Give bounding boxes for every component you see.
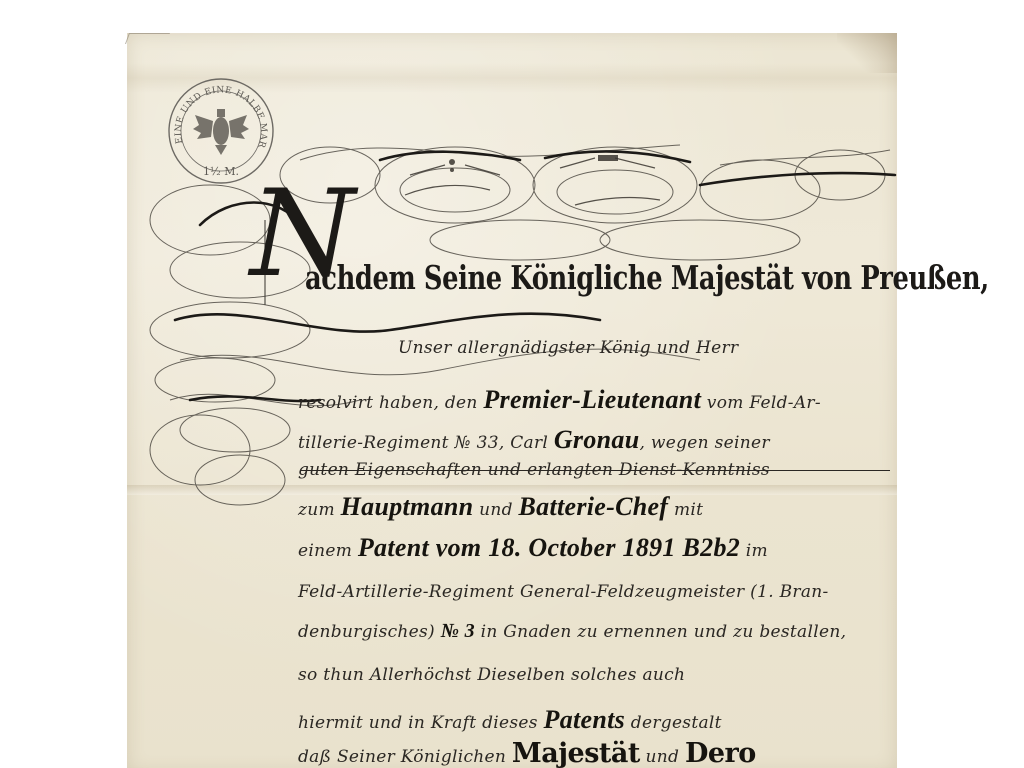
rank-batterie-chef: Batterie-Chef xyxy=(519,492,669,521)
text-fragment: hiermit und in Kraft dieses xyxy=(298,713,544,733)
rank-hauptmann: Hauptmann xyxy=(341,492,474,521)
text-fragment: und xyxy=(473,500,518,520)
body-line-3: tillerie-Regiment № 33, Carl Gronau, weg… xyxy=(298,425,770,455)
paper-corner-shadow xyxy=(837,33,897,73)
text-fragment: einem xyxy=(298,541,358,561)
body-line-1: Unser allergnädigster König und Herr xyxy=(398,338,738,358)
body-line-10: hiermit und in Kraft dieses Patents derg… xyxy=(298,705,722,735)
text-fragment: vom Feld-Ar- xyxy=(701,393,821,413)
body-line-11: daß Seiner Königlichen Majestät und Dero xyxy=(298,738,756,768)
body-line-7: Feld-Artillerie-Regiment General-Feldzeu… xyxy=(298,582,829,602)
body-line-2: resolvirt haben, den Premier-Lieutenant … xyxy=(298,385,821,415)
text-fragment: mit xyxy=(668,500,703,520)
headline: achdem Seine Königliche Majestät von Pre… xyxy=(305,258,989,297)
text-fragment: und xyxy=(640,747,685,767)
body-line-9: so thun Allerhöchst Dieselben solches au… xyxy=(298,665,685,685)
body-line-5: zum Hauptmann und Batterie-Chef mit xyxy=(298,492,703,522)
regiment-number: № 3 xyxy=(441,620,475,642)
strikethrough-line xyxy=(300,470,890,471)
prussian-eagle-icon xyxy=(193,109,249,155)
rank-premier-lieutenant: Premier-Lieutenant xyxy=(483,385,701,414)
paper-corner-tear xyxy=(125,33,170,44)
patent-date: Patent vom 18. October 1891 B2b2 xyxy=(358,533,740,562)
text-fragment: dergestalt xyxy=(625,713,722,733)
seal-value: 1½ M. xyxy=(203,165,239,178)
text-fragment: tillerie-Regiment № 33, Carl xyxy=(298,433,554,453)
dero-word: Dero xyxy=(685,738,756,768)
text-fragment: resolvirt haben, den xyxy=(298,393,483,413)
majestaet-word: Majestät xyxy=(512,738,640,768)
patents-word: Patents xyxy=(544,705,626,734)
text-fragment: in Gnaden zu ernennen und zu bestallen, xyxy=(475,622,846,642)
text-fragment: daß Seiner Königlichen xyxy=(298,747,512,767)
document-scan: EINE UND EINE HALBE MARK 1½ M. N achdem … xyxy=(0,0,1024,768)
officer-name: Gronau xyxy=(554,425,640,454)
text-fragment: , wegen seiner xyxy=(639,433,769,453)
text-fragment: denburgisches) xyxy=(298,622,441,642)
text-fragment: im xyxy=(740,541,768,561)
text-fragment: zum xyxy=(298,500,341,520)
body-line-6: einem Patent vom 18. October 1891 B2b2 i… xyxy=(298,533,768,563)
body-line-8: denburgisches) № 3 in Gnaden zu ernennen… xyxy=(298,620,846,643)
